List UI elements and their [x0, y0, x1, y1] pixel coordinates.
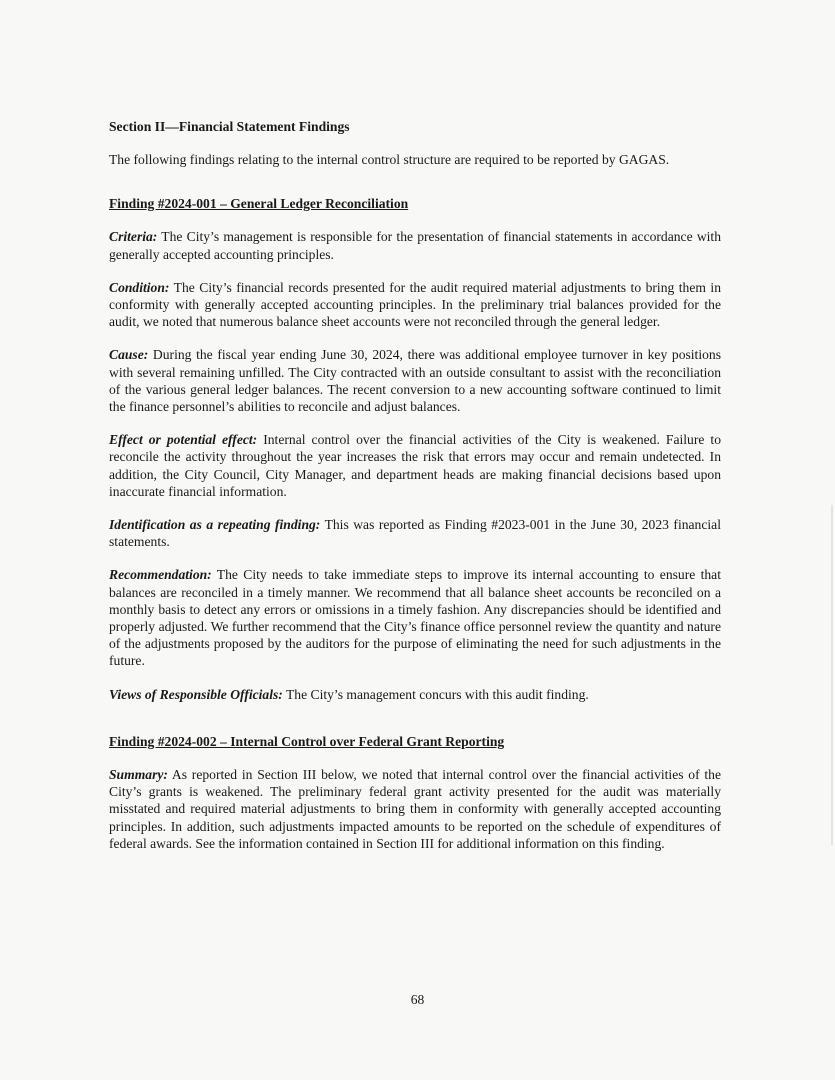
- condition-label: Condition:: [109, 280, 169, 295]
- condition-text: The City’s financial records presented f…: [109, 280, 721, 329]
- recommendation-paragraph: Recommendation: The City needs to take i…: [109, 566, 721, 669]
- views-label: Views of Responsible Officials:: [109, 687, 283, 702]
- finding-heading-2024-001: Finding #2024-001 – General Ledger Recon…: [109, 195, 721, 212]
- repeating-finding-paragraph: Identification as a repeating finding: T…: [109, 516, 721, 550]
- recommendation-text: The City needs to take immediate steps t…: [109, 567, 721, 668]
- intro-paragraph: The following findings relating to the i…: [109, 151, 721, 168]
- recommendation-label: Recommendation:: [109, 567, 212, 582]
- criteria-label: Criteria:: [109, 229, 157, 244]
- summary-text: As reported in Section III below, we not…: [109, 767, 721, 851]
- finding-heading-2024-002: Finding #2024-002 – Internal Control ove…: [109, 733, 721, 750]
- cause-label: Cause:: [109, 347, 148, 362]
- condition-paragraph: Condition: The City’s financial records …: [109, 279, 721, 331]
- page-content: Section II—Financial Statement Findings …: [109, 118, 721, 852]
- section-title: Section II—Financial Statement Findings: [109, 118, 721, 135]
- scan-edge-line: [831, 505, 833, 845]
- effect-paragraph: Effect or potential effect: Internal con…: [109, 431, 721, 500]
- effect-label: Effect or potential effect:: [109, 432, 257, 447]
- criteria-paragraph: Criteria: The City’s management is respo…: [109, 228, 721, 262]
- criteria-text: The City’s management is responsible for…: [109, 229, 721, 261]
- summary-label: Summary:: [109, 767, 168, 782]
- views-paragraph: Views of Responsible Officials: The City…: [109, 686, 721, 703]
- views-text: The City’s management concurs with this …: [283, 687, 589, 702]
- summary-paragraph: Summary: As reported in Section III belo…: [109, 766, 721, 852]
- repeating-finding-label: Identification as a repeating finding:: [109, 517, 320, 532]
- document-page: Section II—Financial Statement Findings …: [0, 0, 835, 1080]
- page-number: 68: [0, 992, 835, 1008]
- cause-text: During the fiscal year ending June 30, 2…: [109, 347, 721, 414]
- cause-paragraph: Cause: During the fiscal year ending Jun…: [109, 346, 721, 415]
